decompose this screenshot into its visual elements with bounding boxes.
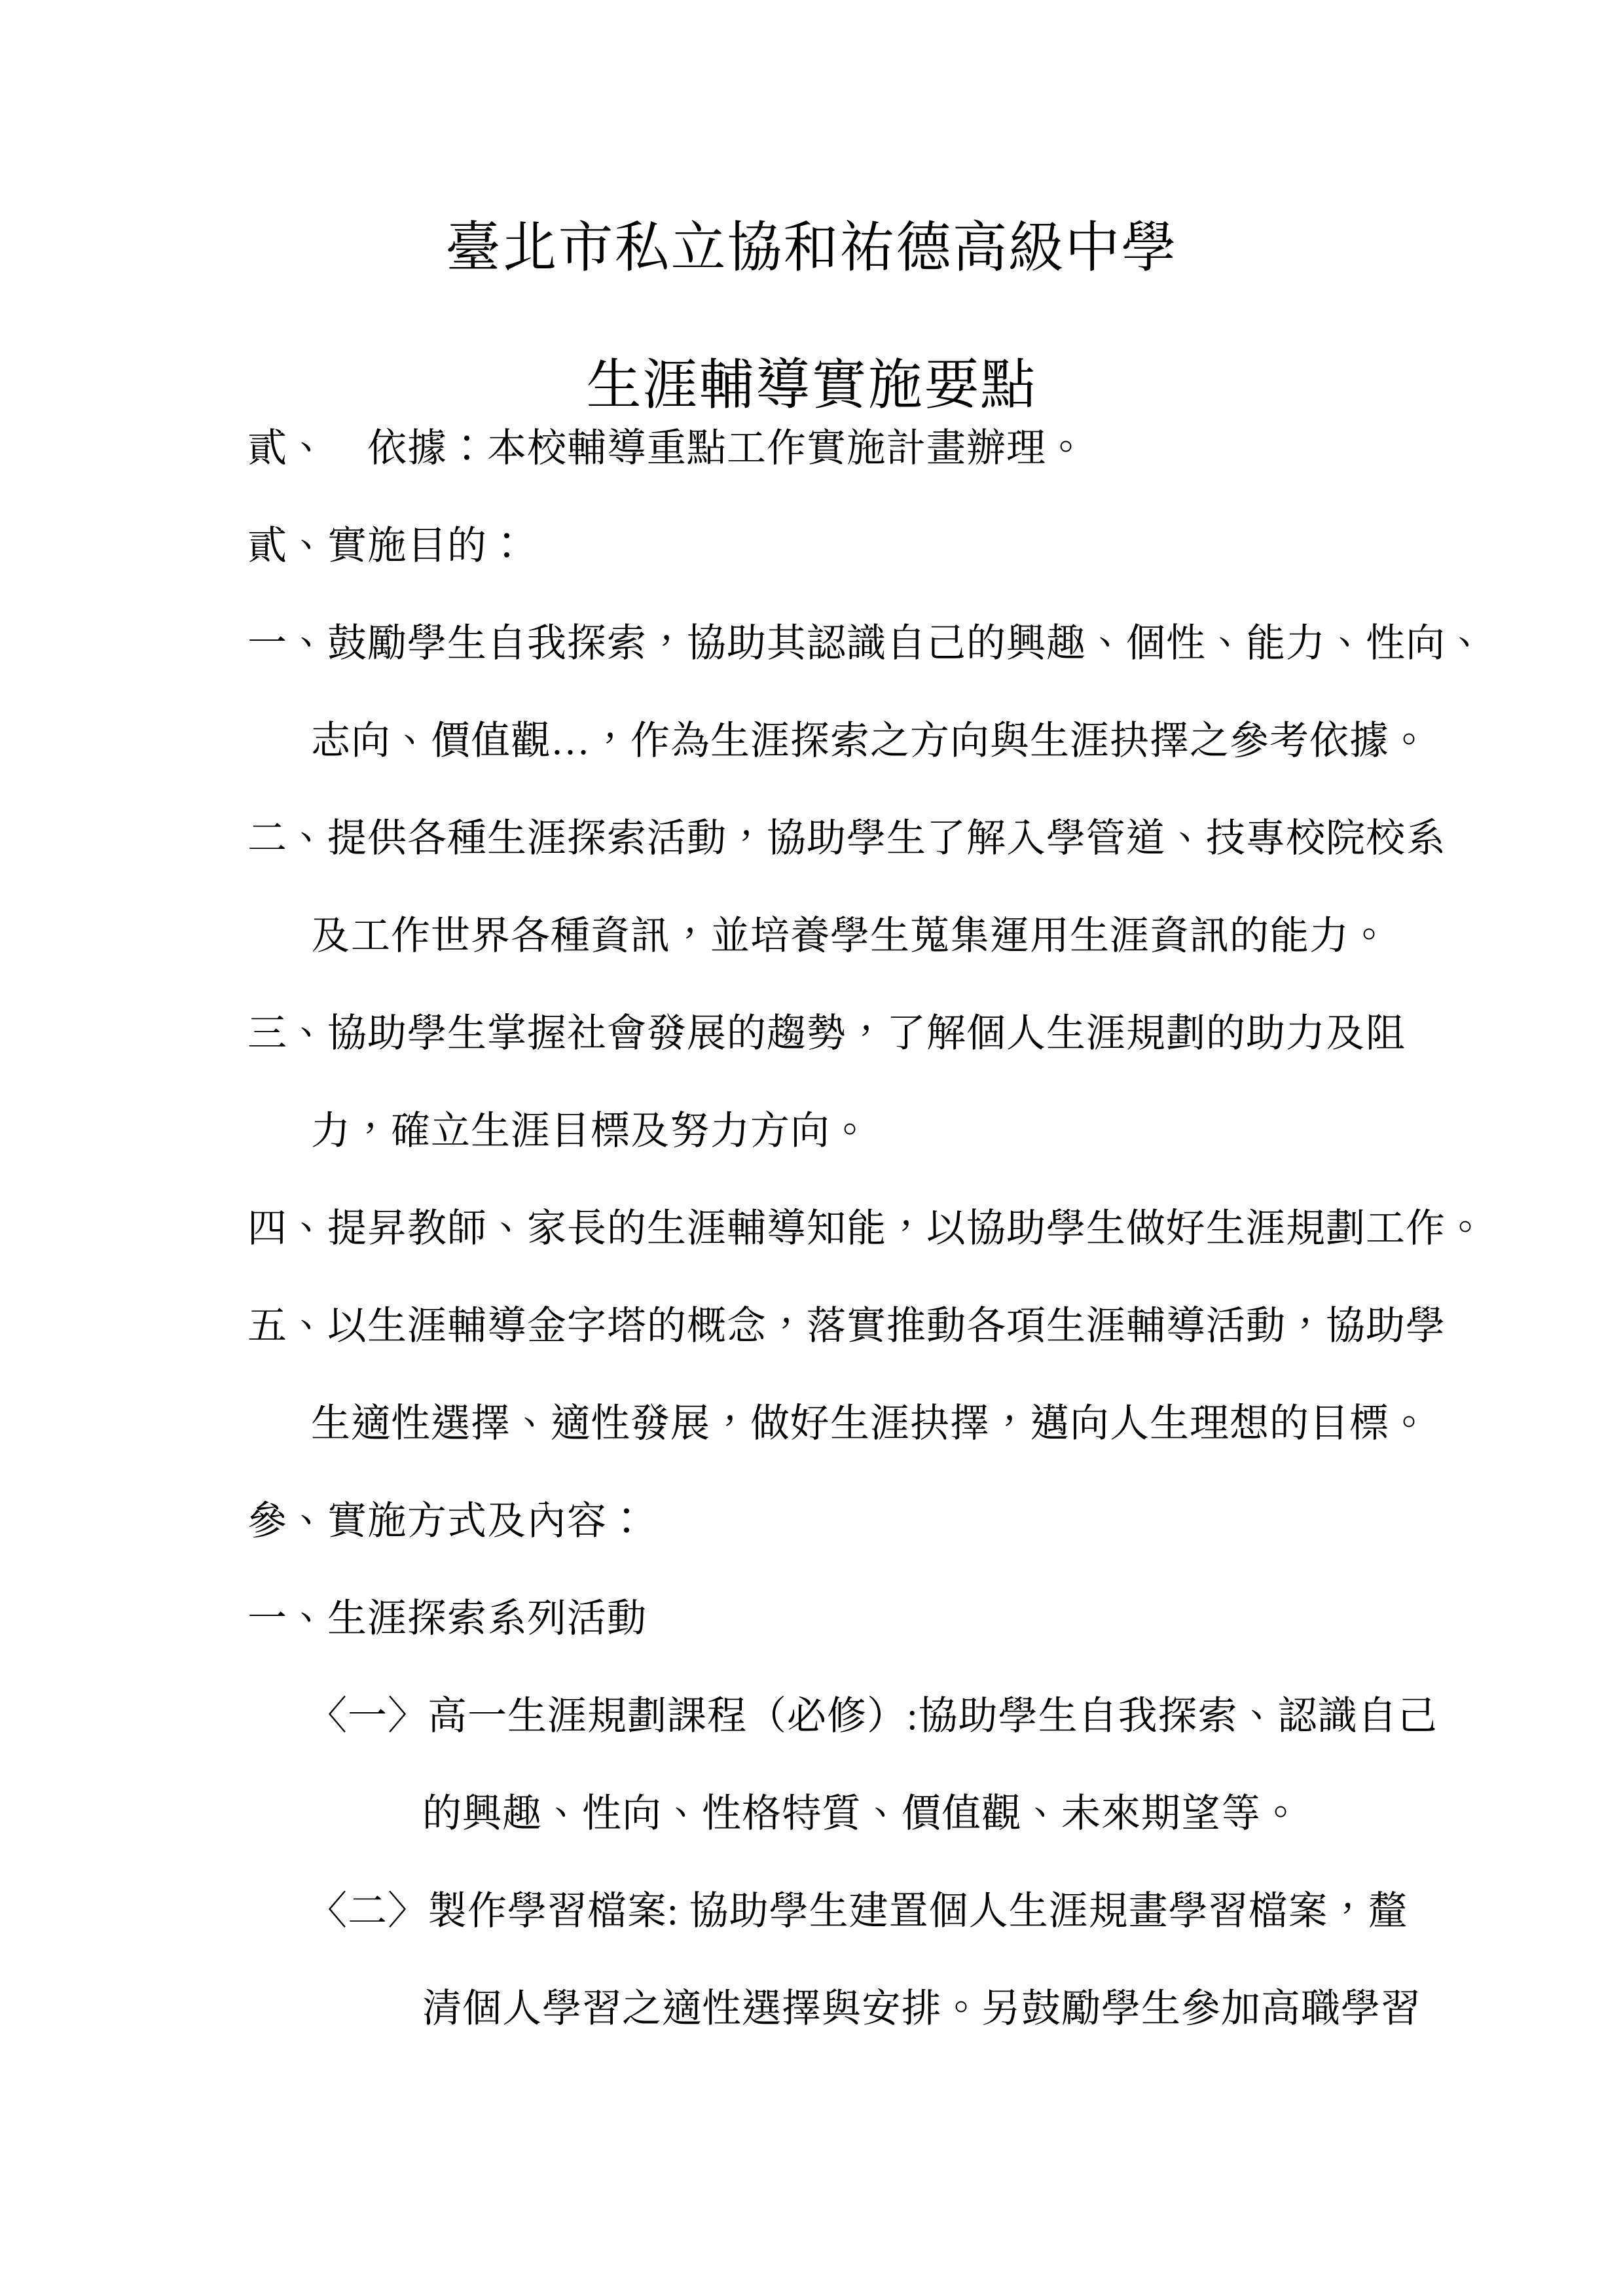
- text-line: 一、生涯探索系列活動: [247, 1570, 647, 1668]
- text-line: 四、提昇教師、家長的生涯輔導知能，以協助學生做好生涯規劃工作。: [247, 1179, 1486, 1278]
- text-line: 的興趣、性向、性格特質、價值觀、未來期望等。: [422, 1765, 1301, 1863]
- document-page: 臺北市私立協和祐德高級中學 生涯輔導實施要點 貳、 依據：本校輔導重點工作實施計…: [0, 0, 1623, 2296]
- text-line: 貳、實施目的：: [247, 497, 527, 595]
- text-line: 志向、價值觀…，作為生涯探索之方向與生涯抉擇之參考依據。: [311, 692, 1429, 790]
- text-line: 貳、 依據：本校輔導重點工作實施計畫辦理。: [247, 399, 1086, 497]
- text-line: 三、協助學生掌握社會發展的趨勢，了解個人生涯規劃的助力及阻: [247, 984, 1406, 1083]
- text-line: 五、以生涯輔導金字塔的概念，落實推動各項生涯輔導活動，協助學: [247, 1277, 1446, 1375]
- text-line: 一、鼓勵學生自我探索，協助其認識自己的興趣、個性、能力、性向、: [247, 594, 1486, 692]
- text-line: 參、實施方式及內容：: [247, 1472, 647, 1570]
- text-line: 力，確立生涯目標及努力方向。: [311, 1082, 870, 1180]
- text-line: 二、提供各種生涯探索活動，協助學生了解入學管道、技專校院校系: [247, 789, 1446, 888]
- text-line: 生適性選擇、適性發展，做好生涯抉擇，邁向人生理想的目標。: [311, 1374, 1429, 1473]
- text-line: 清個人學習之適性選擇與安排。另鼓勵學生參加高職學習: [422, 1960, 1421, 2058]
- text-line: 及工作世界各種資訊，並培養學生蒐集運用生涯資訊的能力。: [311, 887, 1389, 985]
- text-line: 〈一〉高一生涯規劃課程（必修）:協助學生自我探索、認識自己: [308, 1667, 1438, 1765]
- document-title: 臺北市私立協和祐德高級中學: [0, 193, 1623, 304]
- text-line: 〈二〉製作學習檔案: 協助學生建置個人生涯規畫學習檔案，釐: [308, 1862, 1408, 1960]
